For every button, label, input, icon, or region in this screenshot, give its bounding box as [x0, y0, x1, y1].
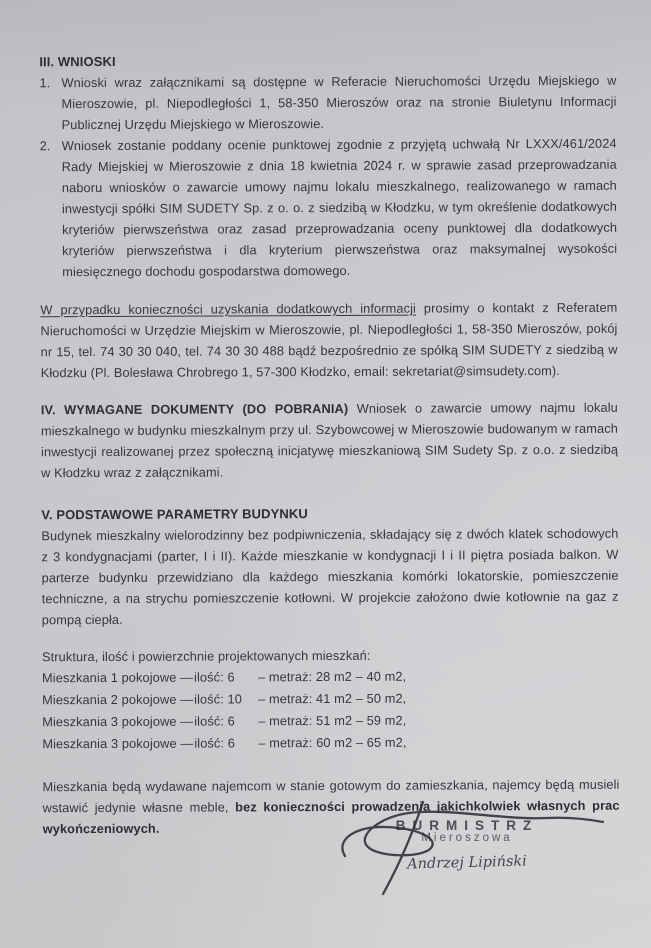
apartment-row: Mieszkania 3 pokojowe — ilość: 6 – metra…	[42, 709, 619, 734]
section-parametry-text: Budynek mieszkalny wielorodzinny bez pod…	[41, 523, 618, 631]
list-item: 1. Wnioski wraz załącznikami są dostępne…	[39, 70, 616, 136]
contact-paragraph: W przypadku konieczności uzyskania dodat…	[40, 297, 617, 384]
apartment-row: Mieszkania 2 pokojowe — ilość: 10 – metr…	[42, 687, 619, 712]
spacer	[41, 481, 618, 505]
section-heading-wnioski: III. WNIOSKI	[39, 49, 616, 73]
list-item-text: Wnioski wraz załącznikami są dostępne w …	[61, 70, 616, 135]
contact-paragraph-underlined: W przypadku konieczności uzyskania dodat…	[40, 301, 416, 318]
apartment-area: – metraż: 51 m2 – 59 m2,	[258, 709, 619, 733]
apartment-count: ilość: 6	[194, 710, 258, 732]
apartment-type: Mieszkania 2 pokojowe —	[42, 689, 194, 712]
list-item-number: 2.	[40, 135, 63, 282]
section-heading-dokumenty: IV. WYMAGANE DOKUMENTY (DO POBRANIA)	[41, 401, 348, 417]
apartment-row: Mieszkania 3 pokojowe — ilość: 6 – metra…	[42, 731, 619, 756]
signature-title-stamp: BURMISTRZ	[341, 818, 593, 833]
apartment-type: Mieszkania 3 pokojowe —	[42, 711, 194, 734]
document-content: III. WNIOSKI 1. Wnioski wraz załącznikam…	[39, 49, 619, 840]
apartment-type: Mieszkania 1 pokojowe —	[42, 667, 194, 690]
section-dokumenty-paragraph: IV. WYMAGANE DOKUMENTY (DO POBRANIA) Wni…	[41, 397, 618, 484]
apartment-area: – metraż: 28 m2 – 40 m2,	[258, 665, 619, 689]
signature-subtitle-stamp: Mieroszowa	[341, 832, 593, 844]
apartment-area: – metraż: 60 m2 – 65 m2,	[258, 731, 619, 755]
apartment-area: – metraż: 41 m2 – 50 m2,	[258, 687, 619, 711]
list-item: 2. Wniosek zostanie poddany ocenie punkt…	[40, 133, 618, 283]
list-item-number: 1.	[39, 72, 61, 135]
spacer	[42, 753, 619, 777]
apartment-count: ilość: 6	[194, 732, 258, 754]
list-item-text: Wniosek zostanie poddany ocenie punktowe…	[62, 133, 618, 282]
apartment-type: Mieszkania 3 pokojowe —	[42, 733, 194, 756]
section-heading-parametry: V. PODSTAWOWE PARAMETRY BUDYNKU	[41, 502, 618, 526]
apartment-row: Mieszkania 1 pokojowe — ilość: 6 – metra…	[42, 665, 619, 690]
apartment-count: ilość: 6	[194, 666, 258, 688]
apartments-structure: Struktura, ilość i powierzchnie projekto…	[42, 644, 619, 756]
signature-block: BURMISTRZ Mieroszowa Andrzej Lipiński	[341, 818, 593, 871]
apartments-intro: Struktura, ilość i powierzchnie projekto…	[42, 644, 619, 668]
apartment-count: ilość: 10	[194, 688, 258, 710]
scanned-document-page: III. WNIOSKI 1. Wnioski wraz załącznikam…	[0, 0, 651, 948]
signatory-name: Andrzej Lipiński	[341, 852, 593, 875]
wnioski-list: 1. Wnioski wraz załącznikami są dostępne…	[39, 70, 617, 283]
